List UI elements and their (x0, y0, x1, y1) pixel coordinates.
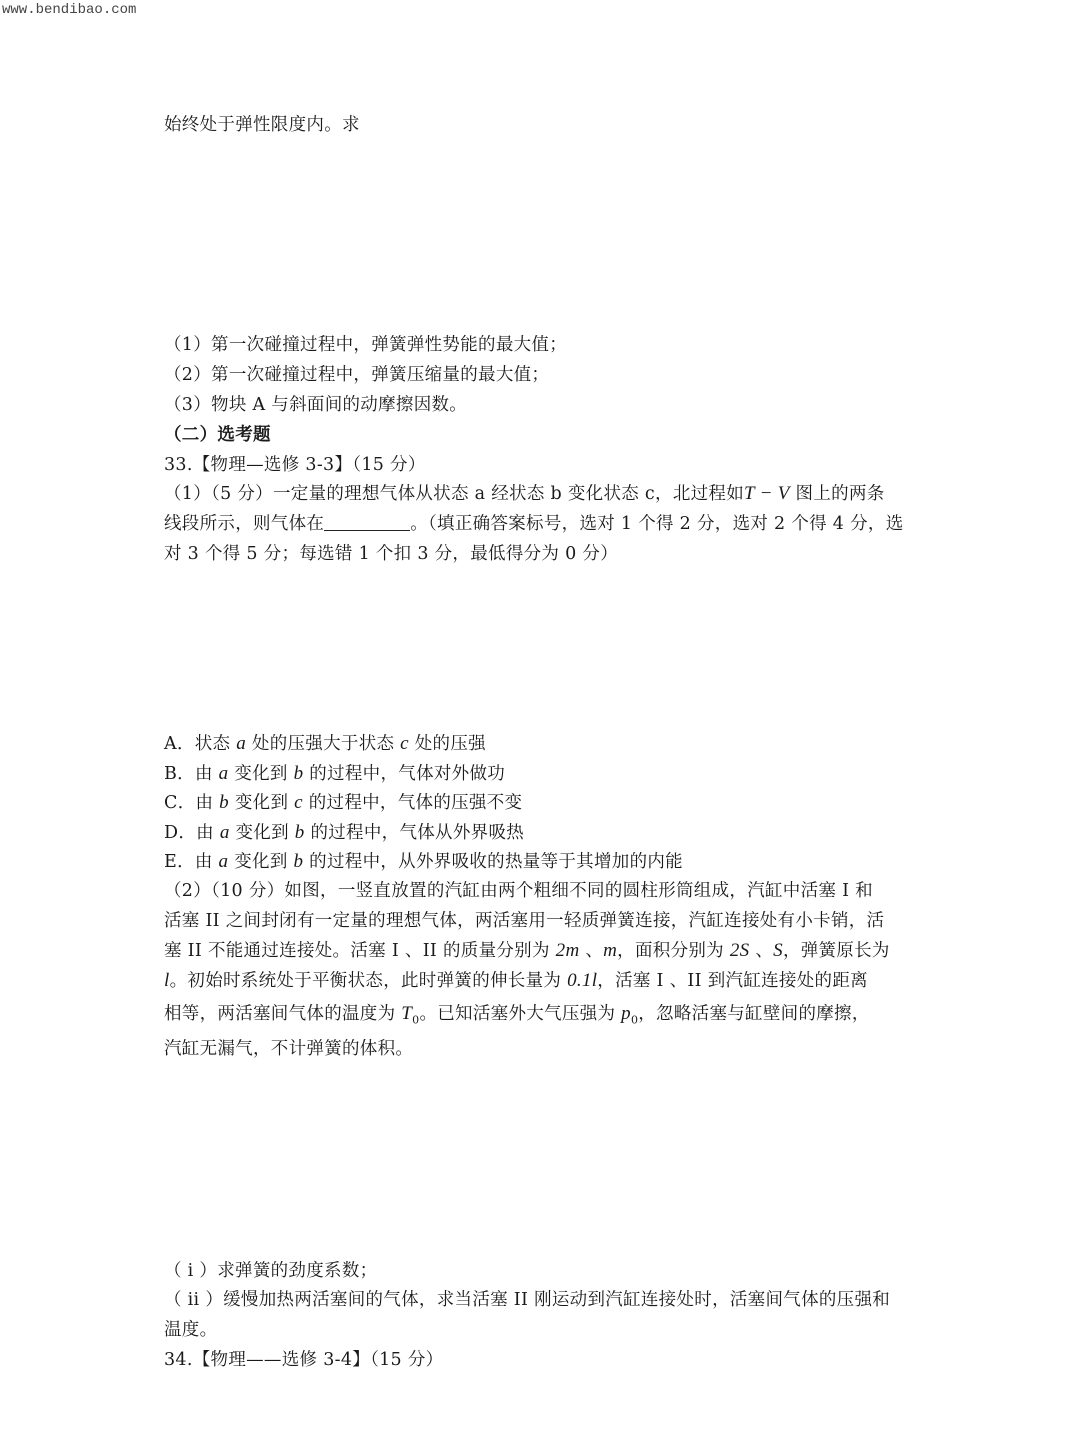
text: 变化到 (230, 823, 295, 843)
q33-part1-line2: 线段所示，则气体在。（填正确答案标号，选对 1 个得 2 分，选对 2 个得 4… (164, 513, 904, 535)
q33-part2-line4: l。初始时系统处于平衡状态，此时弹簧的伸长量为 0.1l，活塞 I 、II 到汽… (164, 970, 868, 992)
option-c: C．由 b 变化到 c 的过程中，气体的压强不变 (164, 792, 522, 814)
text: 的过程中，气体从外界吸热 (305, 823, 524, 843)
q33-part2-line6: 汽缸无漏气，不计弹簧的体积。 (164, 1038, 413, 1060)
var: a (236, 733, 246, 754)
option-label: C． (164, 793, 196, 813)
text: 的过程中，气体对外做功 (303, 764, 505, 784)
math: 2m (556, 940, 580, 961)
q33-part1-line1: （1）（5 分）一定量的理想气体从状态 a 经状态 b 变化状态 c，北过程如T… (164, 483, 885, 505)
text: （1）（5 分）一定量的理想气体从状态 a 经状态 b 变化状态 c，北过程如 (164, 484, 744, 504)
text: 的过程中，从外界吸收的热量等于其增加的内能 (303, 852, 683, 872)
var: a (219, 851, 229, 872)
var: b (219, 792, 229, 813)
q33-part2-line1: （2）（10 分）如图，一竖直放置的汽缸由两个粗细不同的圆柱形筒组成，汽缸中活塞… (164, 880, 873, 902)
q33-part1-line3: 对 3 个得 5 分；每选错 1 个扣 3 分，最低得分为 0 分） (164, 543, 618, 565)
answer-blank (324, 514, 410, 531)
math: 0.1l (567, 970, 597, 991)
q33-part2-line2: 活塞 II 之间封闭有一定量的理想气体，两活塞用一轻质弹簧连接，汽缸连接处有小卡… (164, 910, 884, 932)
text: 线段所示，则气体在 (164, 514, 324, 534)
q32-part-3: （3）物块 A 与斜面间的动摩擦因数。 (164, 394, 467, 416)
text: ，面积分别为 (617, 941, 730, 961)
text: 图上的两条 (790, 484, 885, 504)
option-label: D． (164, 823, 196, 843)
q32-part-2: （2）第一次碰撞过程中，弹簧压缩量的最大值； (164, 364, 549, 386)
text: 。已知活塞外大气压强为 (419, 1004, 621, 1024)
var: b (295, 822, 305, 843)
subpart-ii-cont: 温度。 (164, 1319, 217, 1341)
option-b: B．由 a 变化到 b 的过程中，气体对外做功 (164, 763, 505, 785)
text: ，忽略活塞与缸壁间的摩擦， (638, 1004, 869, 1024)
text: 塞 II 不能通过连接处。活塞 I 、II 的质量分别为 (164, 941, 556, 961)
text: 。初始时系统处于平衡状态，此时弹簧的伸长量为 (170, 971, 567, 991)
option-label: B． (164, 764, 195, 784)
var: c (400, 733, 409, 754)
text: 处的压强 (409, 734, 486, 754)
text: 状态 (195, 734, 236, 754)
math: T (401, 1003, 412, 1024)
text: 变化到 (228, 852, 293, 872)
q33-part2-line3: 塞 II 不能通过连接处。活塞 I 、II 的质量分别为 2m 、m，面积分别为… (164, 940, 890, 962)
q33-part2-line5: 相等，两活塞间气体的温度为 T0。已知活塞外大气压强为 p0，忽略活塞与缸壁间的… (164, 1003, 870, 1032)
option-label: E． (164, 852, 195, 872)
var: b (294, 763, 304, 784)
text: 变化到 (229, 793, 294, 813)
subpart-ii: （ ii ）缓慢加热两活塞间的气体，求当活塞 II 刚运动到汽缸连接处时，活塞间… (164, 1289, 890, 1311)
text: 的过程中，气体的压强不变 (303, 793, 522, 813)
q32-part-1: （1）第一次碰撞过程中，弹簧弹性势能的最大值； (164, 334, 567, 356)
math-t-v: T − V (744, 483, 790, 504)
text: 相等，两活塞间气体的温度为 (164, 1004, 401, 1024)
var: b (294, 851, 304, 872)
subpart-i: （ i ）求弹簧的劲度系数； (164, 1260, 377, 1282)
q33-title: 33.【物理—选修 3-3】（15 分） (164, 454, 426, 476)
text: 处的压强大于状态 (246, 734, 400, 754)
option-d: D．由 a 变化到 b 的过程中，气体从外界吸热 (164, 822, 524, 844)
var: c (294, 792, 303, 813)
text: ，活塞 I 、II 到汽缸连接处的距离 (597, 971, 868, 991)
section-heading: （二）选考题 (164, 424, 271, 446)
text: 由 (195, 852, 219, 872)
option-label: A． (164, 734, 195, 754)
var: a (219, 763, 229, 784)
text: 由 (196, 823, 220, 843)
option-a: A．状态 a 处的压强大于状态 c 处的压强 (164, 733, 486, 755)
math: m (603, 940, 617, 961)
text: ，弹簧原长为 (783, 941, 890, 961)
text: 由 (196, 793, 220, 813)
q34-title: 34.【物理——选修 3-4】（15 分） (164, 1349, 443, 1371)
text: 、 (579, 941, 603, 961)
var: a (220, 822, 230, 843)
math: p (621, 1003, 631, 1024)
watermark: www.bendibao.com (2, 2, 136, 18)
math: S (773, 940, 783, 961)
text: 变化到 (228, 764, 293, 784)
text: 。（填正确答案标号，选对 1 个得 2 分，选对 2 个得 4 分，选 (410, 514, 903, 534)
option-e: E．由 a 变化到 b 的过程中，从外界吸收的热量等于其增加的内能 (164, 851, 683, 873)
math: 2S (730, 940, 750, 961)
intro-text: 始终处于弹性限度内。求 (164, 114, 360, 136)
text: 、 (749, 941, 773, 961)
text: 由 (195, 764, 219, 784)
